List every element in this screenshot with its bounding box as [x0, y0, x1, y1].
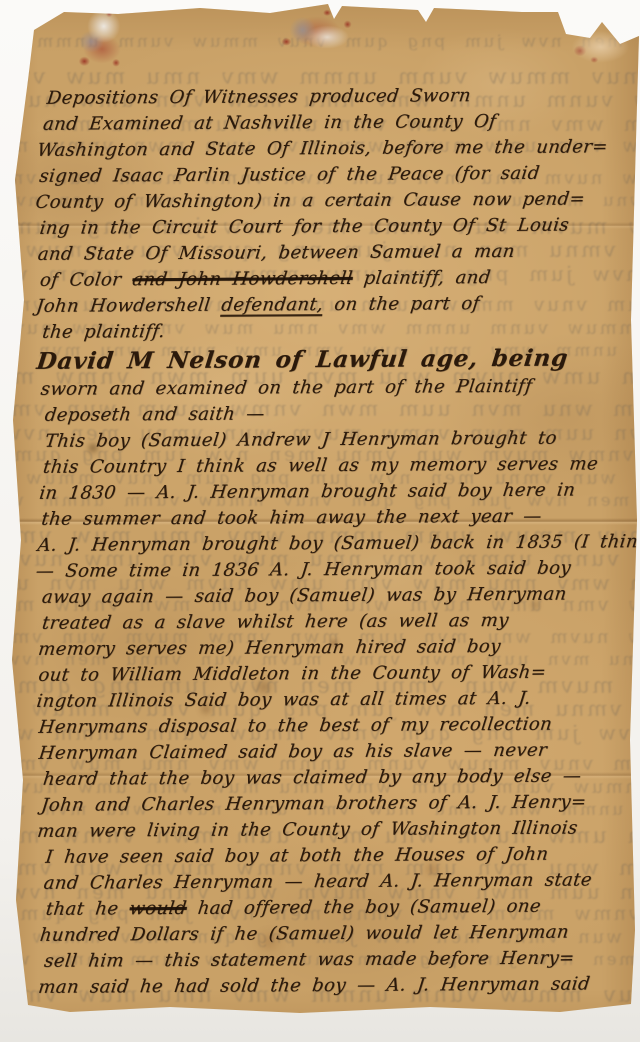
- handwritten-text: — Some time in 1836 A. J. Henryman took …: [35, 558, 573, 582]
- manuscript-line: County of Washington) in a certain Cause…: [32, 186, 640, 216]
- handwritten-text: in 1830 — A. J. Henryman brought said bo…: [38, 480, 576, 504]
- manuscript-line: away again — said boy (Samuel) was by He…: [34, 581, 640, 611]
- handwritten-text: deposeth and saith —: [44, 403, 266, 425]
- manuscript-line: man were living in the County of Washing…: [36, 815, 640, 845]
- manuscript-line: the plaintiff.: [33, 316, 640, 346]
- struck-text: and John Howdershell: [131, 268, 354, 290]
- underlined-text: defendant,: [220, 294, 324, 316]
- handwritten-text: heard that the boy was claimed by any bo…: [42, 766, 583, 790]
- manuscript-line: treated as a slave whilst here (as well …: [35, 607, 640, 637]
- manuscript-line: memory serves me) Henryman hired said bo…: [35, 633, 640, 663]
- handwritten-text: sworn and examined on the part of the Pl…: [39, 376, 533, 400]
- handwritten-text: man said he had sold the boy — A. J. Hen…: [37, 973, 591, 997]
- handwritten-text: and Charles Henryman — heard A. J. Henry…: [43, 869, 594, 893]
- wax-stain-right: [552, 16, 640, 72]
- manuscript-text: Depositions Of Witnesses produced Sworna…: [31, 82, 640, 1001]
- manuscript-line: A. J. Henryman brought boy (Samuel) back…: [34, 529, 640, 559]
- handwritten-text: John and Charles Henryman brothers of A.…: [40, 791, 588, 815]
- handwritten-text: sell him — this statement was made befor…: [43, 948, 576, 972]
- wax-stain-middle: [268, 0, 370, 58]
- handwritten-text: I have seen said boy at both the Houses …: [44, 844, 549, 868]
- manuscript-line: that he would had offered the boy (Samue…: [36, 893, 640, 923]
- document-scan: uum mwn vnmw muvm wun vmnu men nvw jum p…: [0, 0, 640, 1042]
- manuscript-line: Henrymans disposal to the best of my rec…: [35, 711, 640, 741]
- handwritten-text: Henrymans disposal to the best of my rec…: [38, 714, 554, 738]
- manuscript-line: heard that the boy was claimed by any bo…: [36, 763, 640, 793]
- handwritten-text: John Howdershell: [35, 295, 223, 317]
- manuscript-line: sworn and examined on the part of the Pl…: [33, 373, 640, 403]
- manuscript-line: John Howdershell defendant, on the part …: [33, 290, 640, 320]
- handwritten-text: that he: [45, 898, 131, 920]
- manuscript-line: and State Of Missouri, between Samuel a …: [32, 238, 640, 268]
- wax-stain-left: [58, 2, 146, 78]
- handwritten-text: Washington and State Of Illinois, before…: [36, 136, 609, 161]
- handwritten-text: and State Of Missouri, between Samuel a …: [37, 241, 516, 265]
- manuscript-line: I have seen said boy at both the Houses …: [36, 841, 640, 871]
- handwritten-text: plaintiff, and: [351, 267, 491, 289]
- handwritten-text: out to William Middleton in the County o…: [37, 662, 547, 686]
- manuscript-line: Henryman Claimed said boy as his slave —…: [35, 737, 640, 767]
- manuscript-page: uum mwn vnmw muvm wun vmnu men nvw jum p…: [0, 0, 640, 1042]
- manuscript-line: — Some time in 1836 A. J. Henryman took …: [34, 555, 640, 585]
- handwritten-text: signed Isaac Parlin Justice of the Peace…: [38, 163, 541, 187]
- handwritten-text: away again — said boy (Samuel) was by He…: [41, 584, 568, 608]
- handwritten-text: on the part of: [322, 293, 481, 315]
- manuscript-line: This boy (Samuel) Andrew J Henryman brou…: [33, 425, 640, 455]
- manuscript-line: and Charles Henryman — heard A. J. Henry…: [36, 867, 640, 897]
- manuscript-line: ington Illinois Said boy was at all time…: [35, 685, 640, 715]
- handwritten-text: had offered the boy (Samuel) one: [185, 896, 542, 919]
- manuscript-line: deposeth and saith —: [33, 399, 640, 429]
- manuscript-line: signed Isaac Parlin Justice of the Peace…: [32, 160, 640, 190]
- manuscript-line: hundred Dollars if he (Samuel) would let…: [36, 919, 640, 949]
- manuscript-line: Washington and State Of Illinois, before…: [32, 134, 640, 164]
- manuscript-line: and Examined at Nashville in the County …: [32, 108, 640, 138]
- manuscript-line: John and Charles Henryman brothers of A.…: [36, 789, 640, 819]
- manuscript-line: Depositions Of Witnesses produced Sworn: [31, 82, 640, 112]
- manuscript-line: out to William Middleton in the County o…: [35, 659, 640, 689]
- handwritten-text: of Color: [39, 269, 134, 291]
- handwritten-text: Depositions Of Witnesses produced Sworn: [46, 85, 472, 109]
- handwritten-text: hundred Dollars if he (Samuel) would let…: [39, 922, 570, 946]
- manuscript-line: of Color and John Howdershell plaintiff,…: [32, 264, 640, 294]
- handwritten-text: Henryman Claimed said boy as his slave —…: [38, 740, 549, 764]
- struck-text: would: [128, 898, 188, 919]
- handwritten-text: A. J. Henryman brought boy (Samuel) back…: [36, 531, 640, 556]
- handwritten-text: man were living in the County of Washing…: [36, 818, 579, 842]
- manuscript-line: man said he had sold the boy — A. J. Hen…: [37, 971, 640, 1001]
- manuscript-line: sell him — this statement was made befor…: [37, 945, 640, 975]
- manuscript-line: in 1830 — A. J. Henryman brought said bo…: [34, 477, 640, 507]
- handwritten-text: ing in the Circuit Court for the County …: [39, 215, 571, 239]
- handwritten-text: memory serves me) Henryman hired said bo…: [37, 636, 502, 660]
- handwritten-text: the summer and took him away the next ye…: [40, 506, 543, 530]
- manuscript-line: ing in the Circuit Court for the County …: [32, 212, 640, 242]
- handwritten-text: ington Illinois Said boy was at all time…: [35, 688, 532, 712]
- handwritten-text: and Examined at Nashville in the County …: [42, 111, 498, 135]
- manuscript-line: the summer and took him away the next ye…: [34, 503, 640, 533]
- ink-blot-spots: [0, 0, 2, 2]
- handwritten-text: County of Washington) in a certain Cause…: [34, 188, 586, 212]
- handwritten-text: treated as a slave whilst here (as well …: [41, 610, 510, 634]
- manuscript-line: David M Nelson of Lawful age, being: [33, 342, 640, 377]
- handwritten-text: the plaintiff.: [41, 321, 166, 343]
- manuscript-line: this Country I think as well as my memor…: [34, 451, 640, 481]
- handwritten-text: This boy (Samuel) Andrew J Henryman brou…: [44, 428, 558, 452]
- handwritten-text: this Country I think as well as my memor…: [42, 453, 599, 477]
- handwritten-text: David M Nelson of Lawful age, being: [35, 345, 569, 375]
